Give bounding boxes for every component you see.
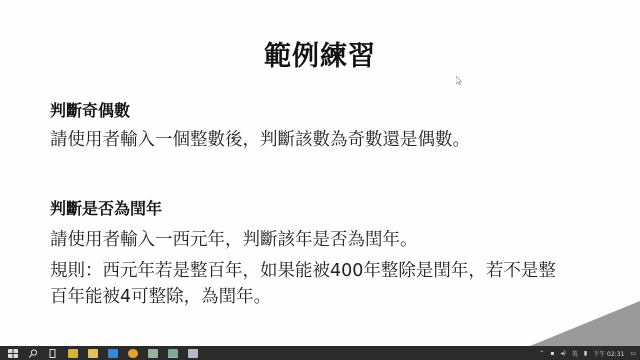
section-text-odd-even: 請使用者輸入一個整數後，判斷該數為奇數還是偶數。 — [50, 126, 470, 154]
volume-icon[interactable]: ◂) — [560, 350, 565, 357]
notification-icon[interactable]: ▭ — [630, 350, 636, 357]
mouse-cursor-icon — [456, 76, 462, 85]
search-icon[interactable] — [28, 349, 38, 358]
windows-taskbar: ⌃ ▪ ◂) 英 ▮ 下午 02:31 ▭ — [0, 346, 640, 360]
app-icon-3[interactable] — [188, 349, 198, 358]
windows-start-icon[interactable] — [8, 349, 18, 358]
chrome-icon[interactable] — [68, 349, 78, 358]
section-heading-odd-even: 判斷奇偶數 — [50, 98, 130, 121]
clipboard-icon[interactable]: ▮ — [584, 350, 587, 357]
section-heading-leap-year: 判斷是否為閏年 — [50, 196, 162, 219]
section-rule-line-1: 規則：西元年若是整百年，如果能被400年整除是閏年，若不是整 — [50, 257, 556, 285]
section-rule-line-2: 百年能被4可整除，為閏年。 — [50, 283, 271, 311]
slide-title: 範例練習 — [0, 34, 640, 73]
file-explorer-icon[interactable] — [88, 349, 98, 358]
clock[interactable]: 下午 02:31 — [593, 349, 624, 358]
task-view-icon[interactable] — [48, 349, 58, 358]
edge-icon[interactable] — [108, 349, 118, 358]
chevron-up-icon[interactable]: ⌃ — [539, 350, 544, 357]
section-text-leap-year: 請使用者輸入一西元年，判斷該年是否為閏年。 — [50, 226, 418, 254]
presentation-slide: 範例練習 判斷奇偶數 請使用者輸入一個整數後，判斷該數為奇數還是偶數。 判斷是否… — [0, 0, 640, 346]
app-icon[interactable] — [128, 349, 138, 358]
app-icon-2[interactable] — [168, 349, 178, 358]
page-fold-corner — [530, 301, 640, 346]
network-icon[interactable]: ▪ — [550, 350, 554, 357]
ime-indicator[interactable]: 英 — [572, 349, 578, 358]
powerpoint-icon[interactable] — [148, 349, 158, 358]
